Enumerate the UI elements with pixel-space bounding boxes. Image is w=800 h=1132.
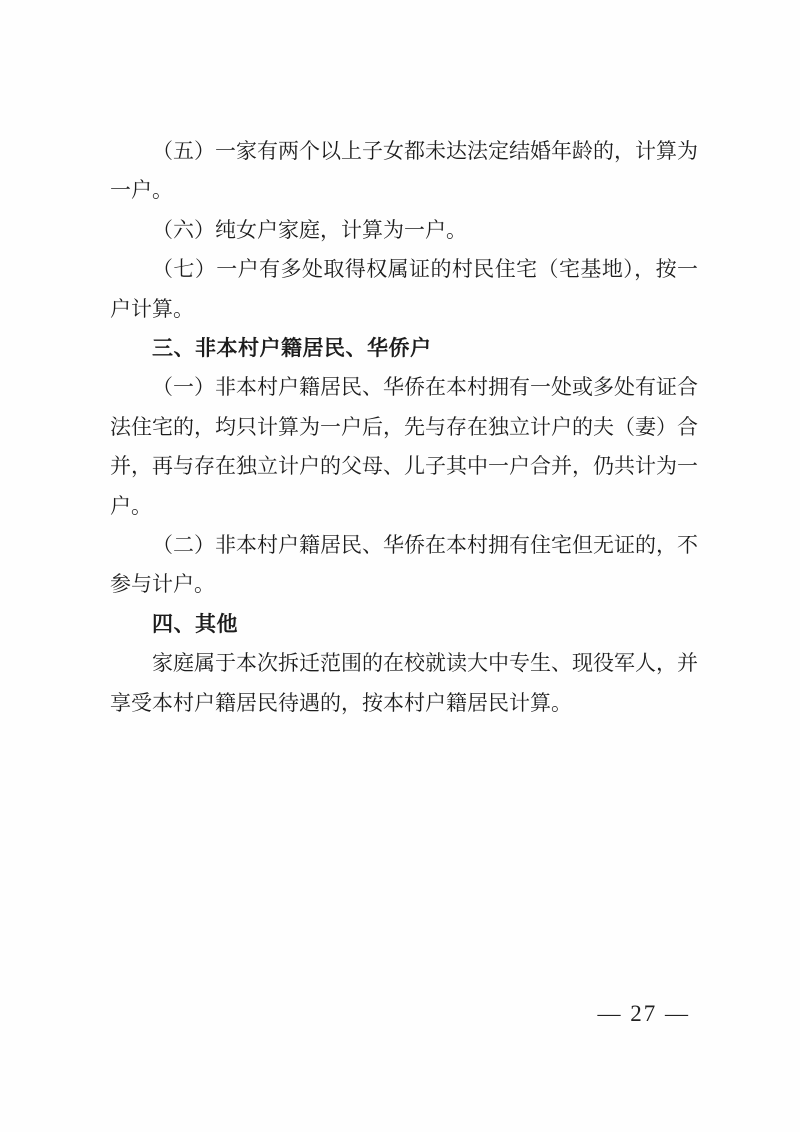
text-line: （六）纯女户家庭，计算为一户。 <box>110 211 698 250</box>
text-line: 家庭属于本次拆迁范围的在校就读大中专生、现役军人，并 <box>110 644 698 683</box>
text-line: （一）非本村户籍居民、华侨在本村拥有一处或多处有证合 <box>110 368 698 407</box>
text-line: 户计算。 <box>110 290 698 329</box>
section-heading: 四、其他 <box>110 605 698 644</box>
text-line: （五）一家有两个以上子女都未达法定结婚年龄的，计算为 <box>110 132 698 171</box>
text-line: 并，再与存在独立计户的父母、儿子其中一户合并，仍共计为一 <box>110 447 698 486</box>
document-page: （五）一家有两个以上子女都未达法定结婚年龄的，计算为一户。（六）纯女户家庭，计算… <box>0 0 800 1132</box>
text-line: 参与计户。 <box>110 565 698 604</box>
text-line: 一户。 <box>110 171 698 210</box>
text-line: 享受本村户籍居民待遇的，按本村户籍居民计算。 <box>110 684 698 723</box>
section-heading: 三、非本村户籍居民、华侨户 <box>110 329 698 368</box>
page-number: — 27 — <box>598 1001 691 1027</box>
text-line: 法住宅的，均只计算为一户后，先与存在独立计户的夫（妻）合 <box>110 408 698 447</box>
text-line: （二）非本村户籍居民、华侨在本村拥有住宅但无证的，不 <box>110 526 698 565</box>
text-line: 户。 <box>110 487 698 526</box>
document-body: （五）一家有两个以上子女都未达法定结婚年龄的，计算为一户。（六）纯女户家庭，计算… <box>110 132 698 723</box>
text-line: （七）一户有多处取得权属证的村民住宅（宅基地），按一 <box>110 250 698 289</box>
